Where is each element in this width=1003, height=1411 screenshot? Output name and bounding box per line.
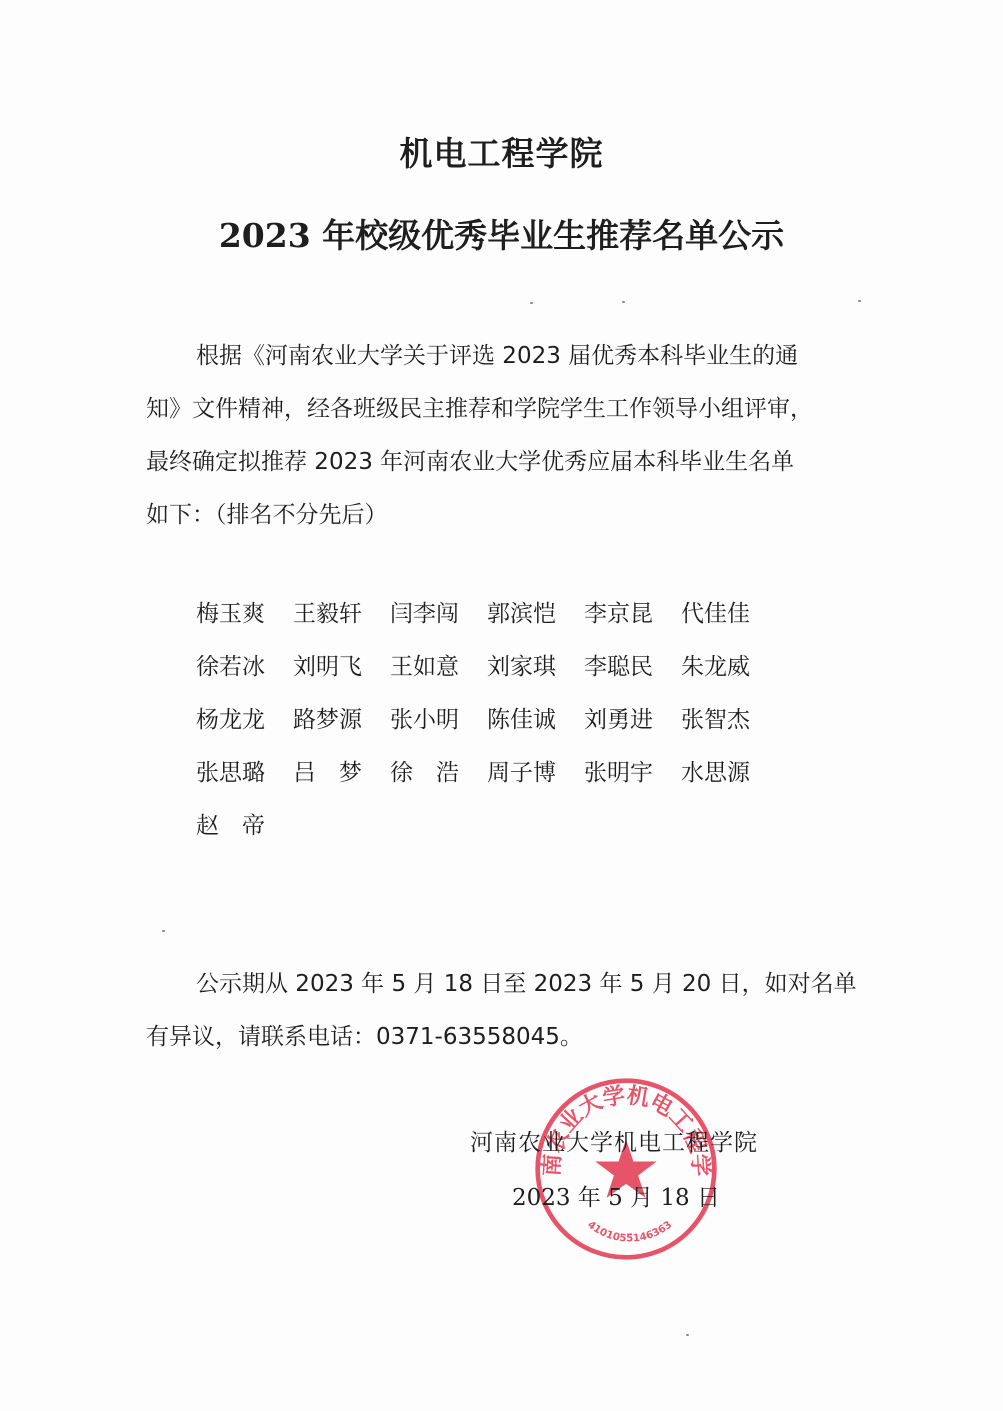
scan-speck	[530, 302, 533, 304]
student-name: 代佳佳	[681, 588, 778, 641]
scan-speck	[686, 1334, 689, 1336]
student-name: 王如意	[390, 641, 487, 694]
intro-line: 最终确定拟推荐 2023 年河南农业大学优秀应届本科毕业生名单	[146, 436, 856, 489]
intro-line: 根据《河南农业大学关于评选 2023 届优秀本科毕业生的通	[146, 330, 856, 383]
student-name: 路梦源	[293, 694, 390, 747]
student-name: 刘明飞	[293, 641, 390, 694]
intro-line: 知》文件精神，经各班级民主推荐和学院学生工作领导小组评审，	[146, 383, 856, 436]
intro-line: 如下：（排名不分先后）	[146, 489, 856, 542]
names-row: 徐若冰刘明飞王如意刘家琪李聪民朱龙威	[196, 641, 778, 694]
student-name: 徐若冰	[196, 641, 293, 694]
signature-block: 河南农业大学机电工程学院 2023 年 5 月 18 日	[470, 1116, 758, 1226]
student-name: 李聪民	[584, 641, 681, 694]
names-row: 杨龙龙路梦源张小明陈佳诚刘勇进张智杰	[196, 694, 778, 747]
student-name: 杨龙龙	[196, 694, 293, 747]
student-name: 张明宇	[584, 747, 681, 800]
student-name: 周子博	[487, 747, 584, 800]
notice-paragraph: 公示期从 2023 年 5 月 18 日至 2023 年 5 月 20 日，如对…	[146, 958, 856, 1064]
student-name: 赵 帝	[196, 800, 293, 853]
student-name: 梅玉爽	[196, 588, 293, 641]
scan-speck	[622, 301, 625, 303]
student-name: 张小明	[390, 694, 487, 747]
student-name: 郭滨恺	[487, 588, 584, 641]
recommended-names-list: 梅玉爽王毅轩闫李闯郭滨恺李京昆代佳佳 徐若冰刘明飞王如意刘家琪李聪民朱龙威 杨龙…	[196, 588, 778, 853]
student-name: 水思源	[681, 747, 778, 800]
student-name: 闫李闯	[390, 588, 487, 641]
signing-date: 2023 年 5 月 18 日	[470, 1171, 758, 1226]
student-name: 朱龙威	[681, 641, 778, 694]
signing-organization: 河南农业大学机电工程学院	[470, 1116, 758, 1171]
student-name: 刘勇进	[584, 694, 681, 747]
names-row: 赵 帝	[196, 800, 778, 853]
student-name: 刘家琪	[487, 641, 584, 694]
student-name: 李京昆	[584, 588, 681, 641]
document-title-college: 机电工程学院	[0, 128, 1003, 175]
intro-paragraph: 根据《河南农业大学关于评选 2023 届优秀本科毕业生的通 知》文件精神，经各班…	[146, 330, 856, 542]
scan-speck	[162, 930, 165, 932]
notice-line: 有异议，请联系电话：0371-63558045。	[146, 1011, 856, 1064]
student-name: 吕 梦	[293, 747, 390, 800]
names-row: 张思璐吕 梦徐 浩周子博张明宇水思源	[196, 747, 778, 800]
student-name: 徐 浩	[390, 747, 487, 800]
notice-line: 公示期从 2023 年 5 月 18 日至 2023 年 5 月 20 日，如对…	[146, 958, 856, 1011]
document-page: 机电工程学院 2023 年校级优秀毕业生推荐名单公示 根据《河南农业大学关于评选…	[0, 0, 1003, 1411]
names-row: 梅玉爽王毅轩闫李闯郭滨恺李京昆代佳佳	[196, 588, 778, 641]
student-name: 张思璐	[196, 747, 293, 800]
student-name: 王毅轩	[293, 588, 390, 641]
document-title-main: 2023 年校级优秀毕业生推荐名单公示	[0, 210, 1003, 257]
student-name: 张智杰	[681, 694, 778, 747]
student-name: 陈佳诚	[487, 694, 584, 747]
scan-speck	[858, 300, 861, 302]
